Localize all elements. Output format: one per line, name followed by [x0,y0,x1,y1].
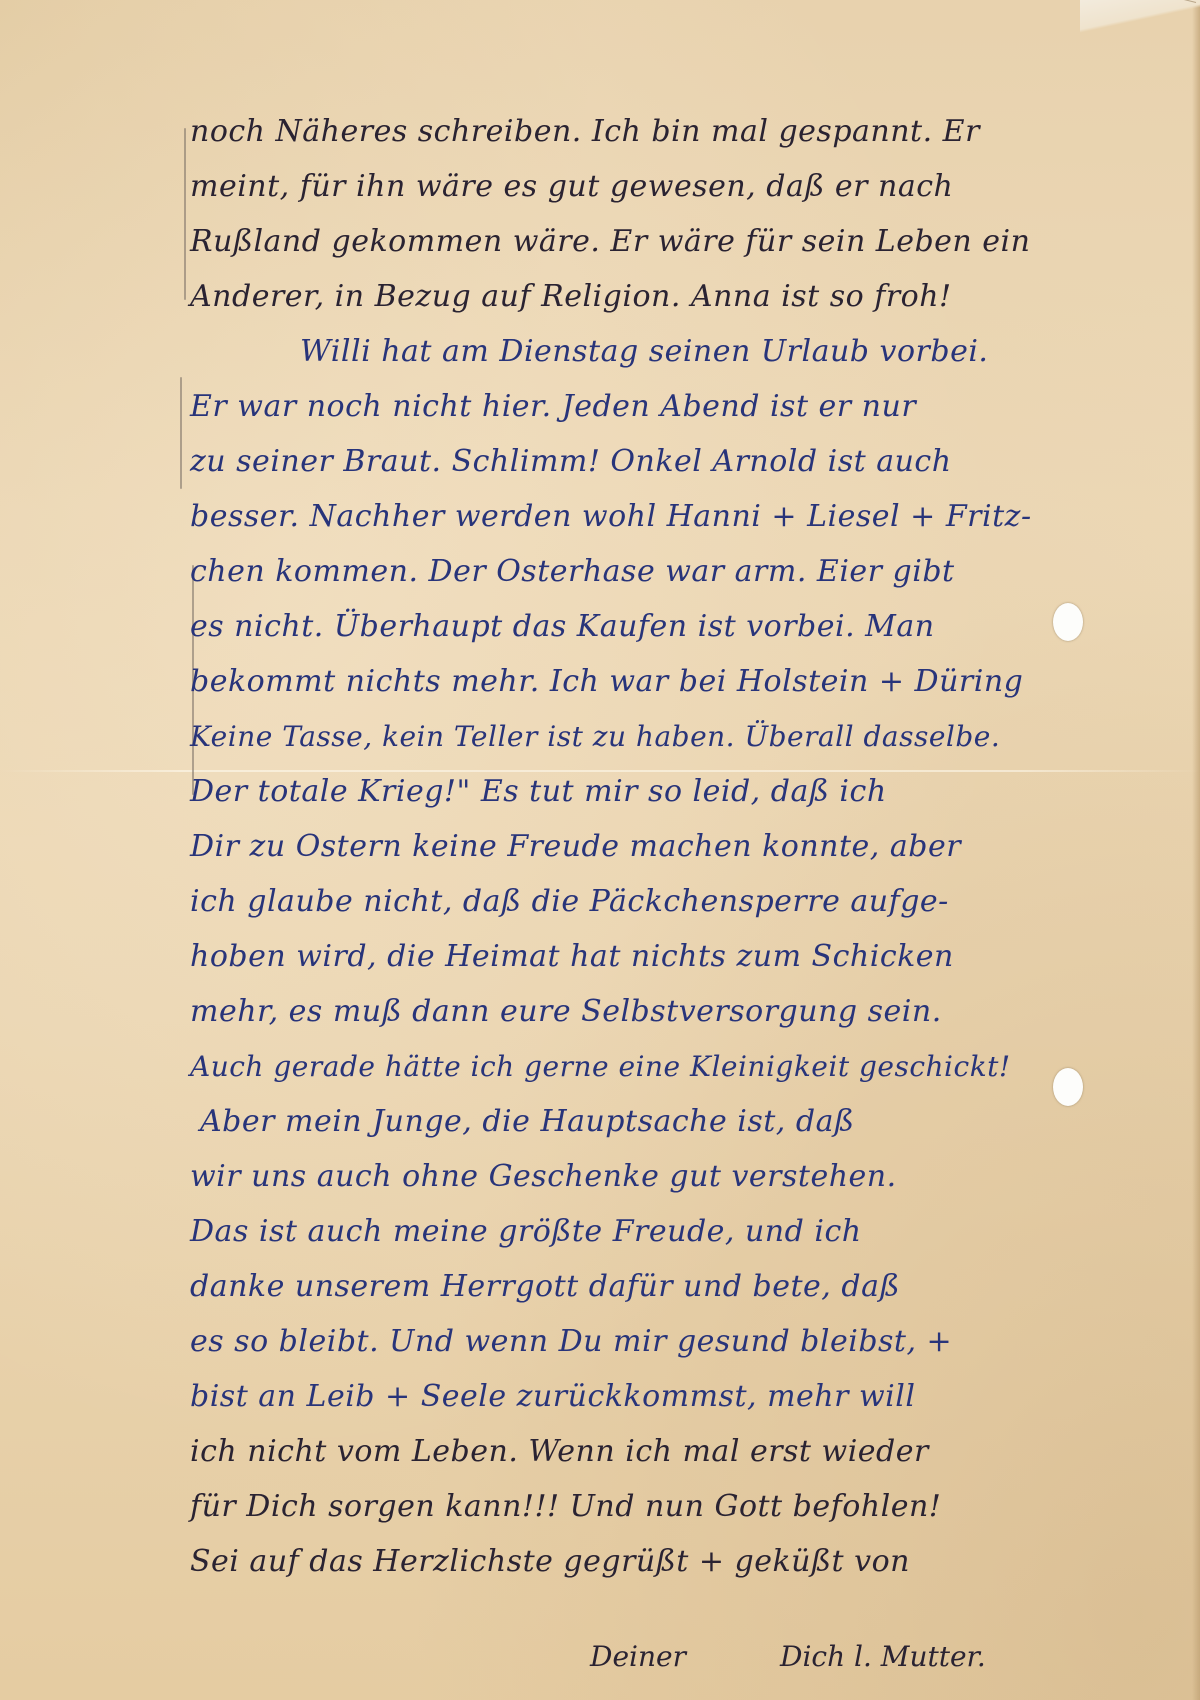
folded-corner [1080,0,1200,40]
letter-line-7: zu seiner Braut. Schlimm! Onkel Arnold i… [190,442,952,482]
signature-name: Dich l. Mutter. [780,1640,986,1673]
letter-line-24: bist an Leib + Seele zurückkommst, mehr … [190,1377,915,1417]
letter-line-10: es nicht. Überhaupt das Kaufen ist vorbe… [190,607,935,647]
letter-line-25: ich nicht vom Leben. Wenn ich mal erst w… [190,1432,929,1472]
letter-line-22: danke unserem Herrgott dafür und bete, d… [190,1267,900,1307]
letter-line-27: Sei auf das Herzlichste gegrüßt + geküßt… [190,1542,910,1582]
letter-line-11: bekommt nichts mehr. Ich war bei Holstei… [190,662,1023,702]
pencil-margin-bracket-top [184,128,186,300]
letter-line-17: mehr, es muß dann eure Selbstversorgung … [190,992,942,1032]
letter-line-2: meint, für ihn wäre es gut gewesen, daß … [190,167,953,207]
letter-line-19: Aber mein Junge, die Hauptsache ist, daß [200,1102,855,1142]
letter-line-15: ich glaube nicht, daß die Päckchensperre… [190,882,949,922]
letter-line-4: Anderer, in Bezug auf Religion. Anna ist… [190,277,952,317]
letter-line-3: Rußland gekommen wäre. Er wäre für sein … [190,222,1030,262]
letter-line-20: wir uns auch ohne Geschenke gut verstehe… [190,1157,897,1197]
signature-closing: Deiner [590,1640,686,1673]
letter-line-21: Das ist auch meine größte Freude, und ic… [190,1212,862,1252]
letter-line-1: noch Näheres schreiben. Ich bin mal gesp… [190,112,980,152]
letter-line-12: Keine Tasse, kein Teller ist zu haben. Ü… [190,717,1000,757]
letter-line-9: chen kommen. Der Osterhase war arm. Eier… [190,552,955,592]
letter-line-5: Willi hat am Dienstag seinen Urlaub vorb… [300,332,988,372]
letter-line-14: Dir zu Ostern keine Freude machen konnte… [190,827,961,867]
punch-hole-lower [1053,1068,1083,1106]
letter-line-13: Der totale Krieg!" Es tut mir so leid, d… [190,772,887,812]
punch-hole-upper [1053,603,1083,641]
letter-line-26: für Dich sorgen kann!!! Und nun Gott bef… [190,1487,941,1527]
letter-line-16: hoben wird, die Heimat hat nichts zum Sc… [190,937,954,977]
letter-line-8: besser. Nachher werden wohl Hanni + Lies… [190,497,1032,537]
letter-line-6: Er war noch nicht hier. Jeden Abend ist … [190,387,916,427]
letter-line-18: Auch gerade hätte ich gerne eine Kleinig… [190,1047,1011,1087]
paper-right-edge [1192,0,1200,1700]
letter-line-23: es so bleibt. Und wenn Du mir gesund ble… [190,1322,952,1362]
letter-page: noch Näheres schreiben. Ich bin mal gesp… [0,0,1200,1700]
pencil-margin-bracket-middle [180,377,182,489]
